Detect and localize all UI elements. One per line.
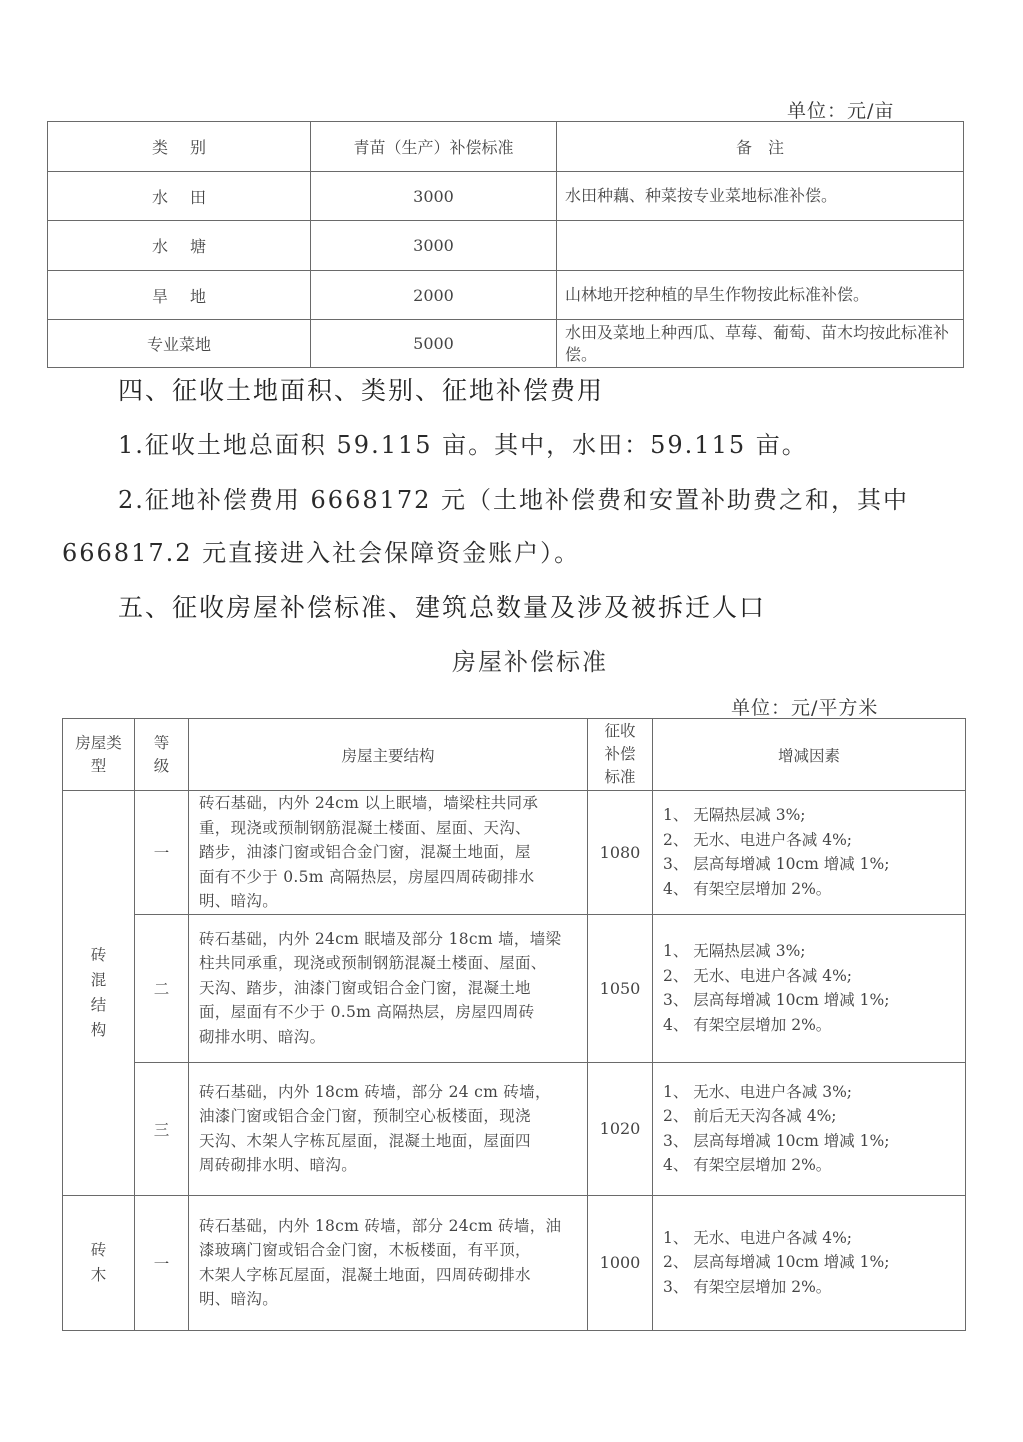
cell-factors: 1、 无隔热层减 3%; 2、 无水、电进户各减 4%; 3、 层高每增减 10…	[653, 791, 966, 915]
table2-title: 房屋补偿标准	[452, 642, 608, 677]
section5-heading: 五、征收房屋补偿标准、建筑总数量及涉及被拆迁人口	[118, 588, 766, 624]
cell-structure: 砖石基础，内外 24cm 眠墙及部分 18cm 墙，墙梁 柱共同承重，现浇或预制…	[189, 914, 588, 1062]
cell-category: 水塘	[48, 221, 311, 271]
cell-factors: 1、 无隔热层减 3%; 2、 无水、电进户各减 4%; 3、 层高每增减 10…	[653, 914, 966, 1062]
cell-note	[557, 221, 964, 271]
table-row: 砖 木 一 砖石基础，内外 18cm 砖墙，部分 24cm 砖墙，油 漆玻璃门窗…	[63, 1195, 966, 1330]
cell-factors: 1、 无水、电进户各减 3%; 2、 前后无天沟各减 4%; 3、 层高每增减 …	[653, 1062, 966, 1195]
cell-grade: 三	[135, 1062, 189, 1195]
table-row: 旱地 2000 山林地开挖种植的旱生作物按此标准补偿。	[48, 271, 964, 320]
cell-category: 专业菜地	[48, 320, 311, 368]
cell-standard: 3000	[311, 221, 557, 271]
cell-grade: 二	[135, 914, 189, 1062]
header-factors: 增减因素	[653, 719, 966, 791]
header-category: 类别	[48, 122, 311, 172]
cell-note: 水田种藕、种菜按专业菜地标准补偿。	[557, 172, 964, 221]
header-structure: 房屋主要结构	[189, 719, 588, 791]
cell-structure: 砖石基础，内外 24cm 以上眠墙，墙梁柱共同承 重，现浇或预制钢筋混凝土楼面、…	[189, 791, 588, 915]
cell-structure: 砖石基础，内外 18cm 砖墙，部分 24 cm 砖墙， 油漆门窗或铝合金门窗，…	[189, 1062, 588, 1195]
section4-heading: 四、征收土地面积、类别、征地补偿费用	[118, 371, 604, 407]
table-header-row: 类别 青苗（生产）补偿标准 备 注	[48, 122, 964, 172]
crop-compensation-table: 类别 青苗（生产）补偿标准 备 注 水田 3000 水田种藕、种菜按专业菜地标准…	[47, 121, 964, 368]
cell-category: 水田	[48, 172, 311, 221]
header-standard: 征收 补偿 标准	[588, 719, 653, 791]
section4-item2-line2: 666817.2 元直接进入社会保障资金账户）。	[62, 533, 580, 568]
cell-standard: 3000	[311, 172, 557, 221]
cell-category: 旱地	[48, 271, 311, 320]
table1-unit-label: 单位：元/亩	[787, 96, 894, 123]
header-grade: 等 级	[135, 719, 189, 791]
section4-item1: 1.征收土地总面积 59.115 亩。其中，水田：59.115 亩。	[118, 425, 808, 460]
header-standard: 青苗（生产）补偿标准	[311, 122, 557, 172]
cell-standard: 1000	[588, 1195, 653, 1330]
cell-grade: 一	[135, 791, 189, 915]
cell-structure: 砖石基础，内外 18cm 砖墙，部分 24cm 砖墙，油 漆玻璃门窗或铝合金门窗…	[189, 1195, 588, 1330]
cell-house-type-brick-concrete: 砖 混 结 构	[63, 791, 135, 1196]
table-row: 水田 3000 水田种藕、种菜按专业菜地标准补偿。	[48, 172, 964, 221]
cell-standard: 2000	[311, 271, 557, 320]
table-row: 三 砖石基础，内外 18cm 砖墙，部分 24 cm 砖墙， 油漆门窗或铝合金门…	[63, 1062, 966, 1195]
table-row: 水塘 3000	[48, 221, 964, 271]
cell-grade: 一	[135, 1195, 189, 1330]
cell-note: 山林地开挖种植的旱生作物按此标准补偿。	[557, 271, 964, 320]
header-house-type: 房屋类 型	[63, 719, 135, 791]
table-header-row: 房屋类 型 等 级 房屋主要结构 征收 补偿 标准 增减因素	[63, 719, 966, 791]
cell-standard: 1080	[588, 791, 653, 915]
table-row: 专业菜地 5000 水田及菜地上种西瓜、草莓、葡萄、苗木均按此标准补偿。	[48, 320, 964, 368]
table-row: 砖 混 结 构 一 砖石基础，内外 24cm 以上眠墙，墙梁柱共同承 重，现浇或…	[63, 791, 966, 915]
cell-standard: 5000	[311, 320, 557, 368]
cell-standard: 1020	[588, 1062, 653, 1195]
section4-item2-line1: 2.征地补偿费用 6668172 元（土地补偿费和安置补助费之和，其中	[118, 480, 909, 515]
house-compensation-table: 房屋类 型 等 级 房屋主要结构 征收 补偿 标准 增减因素 砖 混 结 构 一…	[62, 718, 966, 1331]
table-row: 二 砖石基础，内外 24cm 眠墙及部分 18cm 墙，墙梁 柱共同承重，现浇或…	[63, 914, 966, 1062]
cell-note: 水田及菜地上种西瓜、草莓、葡萄、苗木均按此标准补偿。	[557, 320, 964, 368]
header-note: 备 注	[557, 122, 964, 172]
cell-factors: 1、 无水、电进户各减 4%; 2、 层高每增减 10cm 增减 1%; 3、 …	[653, 1195, 966, 1330]
cell-standard: 1050	[588, 914, 653, 1062]
table2-unit-label: 单位：元/平方米	[731, 693, 878, 720]
cell-house-type-brick-wood: 砖 木	[63, 1195, 135, 1330]
